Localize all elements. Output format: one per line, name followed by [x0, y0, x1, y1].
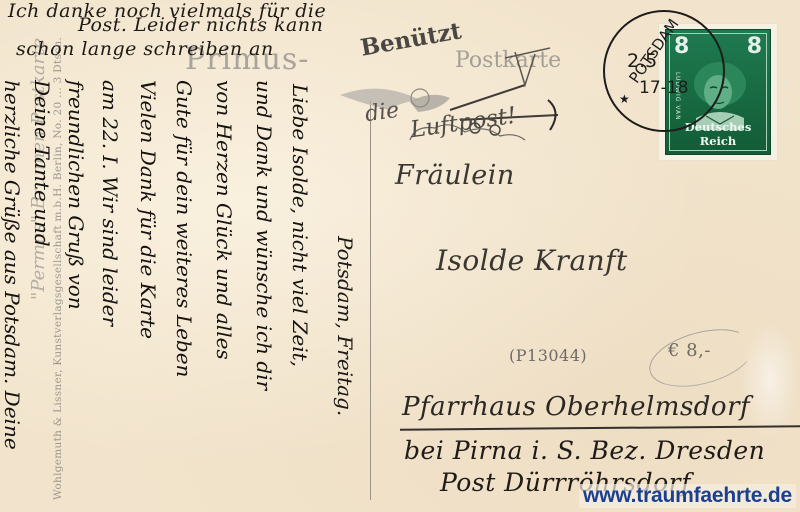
postcard-back: Primus- Postkarte Wohlgemuth & Lissner, …: [0, 0, 800, 512]
embossed-mark: [740, 320, 800, 440]
pencil-price: € 8,-: [668, 340, 711, 361]
stamp-text-right: BEETHOVEN: [782, 81, 789, 127]
message-line: freundlichen Gruß von: [64, 80, 88, 310]
message-line: am 22. I. Wir sind leider: [98, 80, 122, 326]
slogan-die: die: [363, 98, 400, 128]
address-line-1: Pfarrhaus Oberhelmsdorf: [402, 392, 750, 422]
message-line: herzliche Grüße aus Potsdam. Deine: [0, 80, 24, 450]
message-top-line-2: Post. Leider nichts kann: [78, 14, 323, 36]
message-top-line-3: schon lange schreiben an: [16, 38, 274, 60]
message-dateline: Potsdam, Freitag.: [333, 236, 357, 416]
watermark-url: www.traumfaehrte.de: [579, 484, 796, 508]
message-line: Gute für dein weiteres Leben: [172, 80, 196, 377]
address-salutation: Fräulein: [395, 160, 515, 191]
message-line: und Dank und wünsche ich dir: [252, 80, 276, 390]
postmark-circle: POTSDAM 2.5 17-18 ★: [603, 10, 725, 132]
message-line: Liebe Isolde, nicht viel Zeit,: [288, 84, 312, 367]
address-name: Isolde Kranft: [436, 244, 628, 277]
address-line-2: bei Pirna i. S. Bez. Dresden: [404, 436, 765, 465]
stamp-value-right: 8: [747, 34, 762, 59]
address-divider-line: [370, 100, 371, 500]
postmark-time: 17-18: [639, 78, 688, 98]
postmark-star: ★: [619, 92, 630, 106]
pencil-reference-number: (P13044): [509, 346, 587, 365]
message-line: Deine Tante und: [30, 80, 54, 247]
message-line: Vielen Dank für die Karte: [136, 80, 160, 339]
message-line: von Herzen Glück und alles: [212, 80, 236, 360]
postmark-date: 2.5: [627, 50, 657, 72]
